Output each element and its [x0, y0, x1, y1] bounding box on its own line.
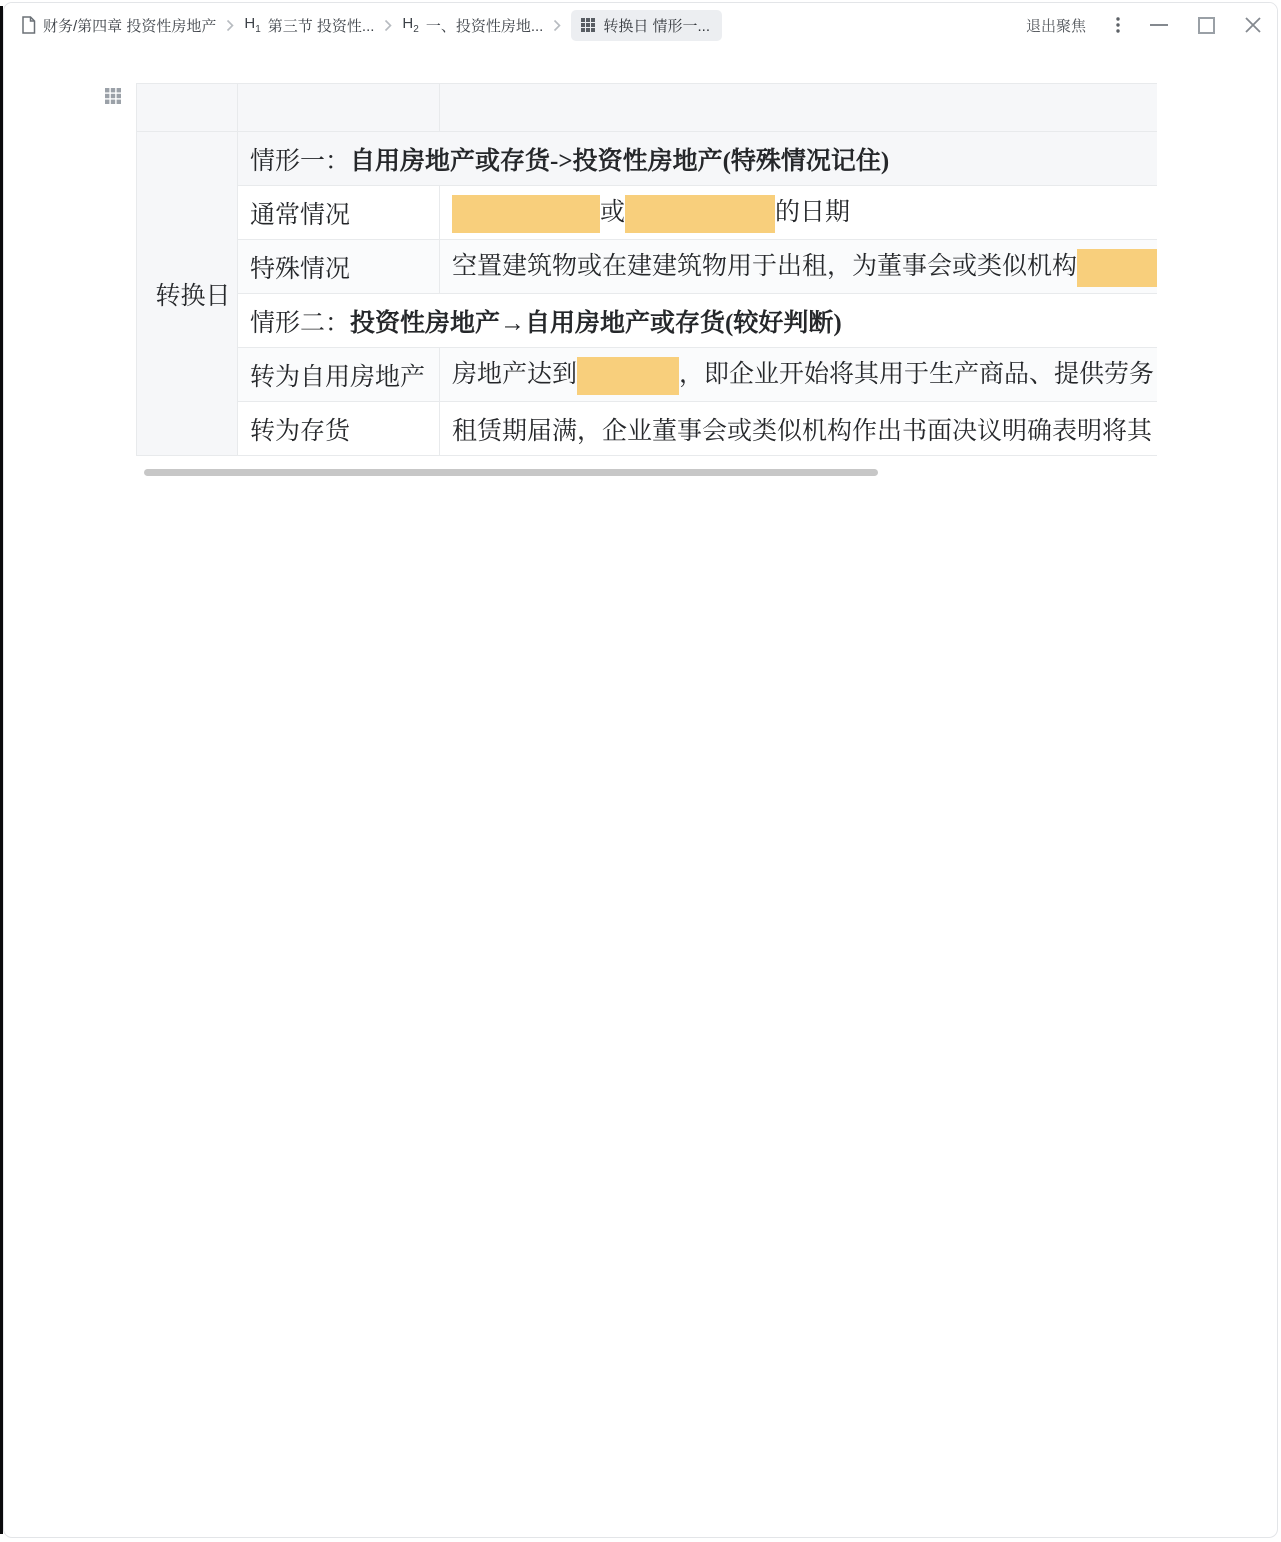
- table-viewport: 转换日 情形一：自用房地产或存货->投资性房地产(特殊情况记住) 通常情况 或的…: [136, 83, 1157, 457]
- value-cell[interactable]: 租赁期届满，企业董事会或类似机构作出书面决议明确表明将其: [440, 402, 1158, 456]
- table-grid-icon: [580, 17, 596, 33]
- row-header-cell[interactable]: 转换日: [137, 132, 238, 456]
- close-icon[interactable]: [1245, 17, 1261, 33]
- section-prefix: 情形一：: [250, 148, 350, 175]
- kebab-menu-icon[interactable]: [1116, 16, 1120, 34]
- text-segment: 的日期: [775, 199, 850, 226]
- label-cell[interactable]: 转为存货: [238, 402, 440, 456]
- value-cell[interactable]: 或的日期: [440, 186, 1158, 240]
- breadcrumb-item-h2[interactable]: H2 一、投资性房地...: [402, 15, 543, 36]
- section-title: 自用房地产或存货->投资性房地产(特殊情况记住): [350, 148, 889, 175]
- text-segment: 租赁期届满，企业董事会或类似机构作出书面决议明确表明将其: [452, 418, 1152, 445]
- header-cell[interactable]: [440, 84, 1158, 132]
- heading2-marker: H2: [402, 15, 418, 35]
- exit-focus-button[interactable]: 退出聚焦: [1026, 15, 1086, 36]
- section-cell[interactable]: 情形二：投资性房地产→自用房地产或存货(较好判断): [238, 294, 1158, 348]
- table-drag-handle-icon[interactable]: [104, 87, 122, 105]
- breadcrumb-label: 第三节 投资性...: [268, 15, 375, 36]
- breadcrumb-label: 一、投资性房地...: [426, 15, 544, 36]
- section-title: 投资性房地产→自用房地产或存货(较好判断): [350, 310, 842, 337]
- table-row-case2: 情形二：投资性房地产→自用房地产或存货(较好判断): [137, 294, 1158, 348]
- text-segment: 房地产达到: [452, 361, 577, 388]
- chevron-right-icon: [226, 19, 234, 32]
- table-row-special: 特殊情况 空置建筑物或在建建筑物用于出租，为董事会或类似机构: [137, 240, 1158, 294]
- app-page: 财务/第四章 投资性房地产 H1 第三节 投资性... H2 一、投资性房地..…: [0, 0, 1281, 1542]
- document-icon: [21, 16, 36, 34]
- breadcrumb-item-table-current[interactable]: 转换日 情形一...: [571, 10, 722, 41]
- window-controls: 退出聚焦: [1026, 15, 1261, 36]
- section-cell[interactable]: 情形一：自用房地产或存货->投资性房地产(特殊情况记住): [238, 132, 1158, 186]
- text-segment: ，即企业开始将其用于生产商品、提供劳务: [679, 361, 1154, 388]
- highlight-blank[interactable]: [625, 195, 775, 233]
- breadcrumb-item-h1[interactable]: H1 第三节 投资性...: [244, 15, 374, 36]
- header-cell[interactable]: [137, 84, 238, 132]
- breadcrumb-bar: 财务/第四章 投资性房地产 H1 第三节 投资性... H2 一、投资性房地..…: [4, 3, 1277, 47]
- text-segment: 或: [600, 199, 625, 226]
- section-prefix: 情形二：: [250, 310, 350, 337]
- table-row-usual: 通常情况 或的日期: [137, 186, 1158, 240]
- breadcrumb-label: 转换日 情形一...: [603, 15, 710, 36]
- chevron-right-icon: [384, 19, 392, 32]
- highlight-blank[interactable]: [1077, 249, 1157, 287]
- text-segment: 空置建筑物或在建建筑物用于出租，为董事会或类似机构: [452, 253, 1077, 280]
- table-header-row: [137, 84, 1158, 132]
- maximize-icon[interactable]: [1198, 17, 1215, 34]
- highlight-blank[interactable]: [577, 357, 679, 395]
- heading1-marker: H1: [244, 15, 260, 35]
- breadcrumb-label: 财务/第四章 投资性房地产: [43, 15, 216, 36]
- label-cell[interactable]: 特殊情况: [238, 240, 440, 294]
- table-row-to-inventory: 转为存货 租赁期届满，企业董事会或类似机构作出书面决议明确表明将其: [137, 402, 1158, 456]
- header-cell[interactable]: [238, 84, 440, 132]
- value-cell[interactable]: 房地产达到，即企业开始将其用于生产商品、提供劳务: [440, 348, 1158, 402]
- breadcrumb: 财务/第四章 投资性房地产 H1 第三节 投资性... H2 一、投资性房地..…: [21, 10, 722, 41]
- highlight-blank[interactable]: [452, 195, 600, 233]
- minimize-icon[interactable]: [1150, 23, 1168, 27]
- chevron-right-icon: [553, 19, 561, 32]
- label-cell[interactable]: 通常情况: [238, 186, 440, 240]
- table-row-case1: 转换日 情形一：自用房地产或存货->投资性房地产(特殊情况记住): [137, 132, 1158, 186]
- breadcrumb-item-document[interactable]: 财务/第四章 投资性房地产: [21, 15, 216, 36]
- conversion-date-table: 转换日 情形一：自用房地产或存货->投资性房地产(特殊情况记住) 通常情况 或的…: [136, 83, 1157, 456]
- horizontal-scrollbar-thumb[interactable]: [144, 469, 878, 476]
- label-cell[interactable]: 转为自用房地产: [238, 348, 440, 402]
- value-cell[interactable]: 空置建筑物或在建建筑物用于出租，为董事会或类似机构: [440, 240, 1158, 294]
- focus-mode-window: 财务/第四章 投资性房地产 H1 第三节 投资性... H2 一、投资性房地..…: [3, 2, 1278, 1538]
- table-row-to-owner-occupied: 转为自用房地产 房地产达到，即企业开始将其用于生产商品、提供劳务: [137, 348, 1158, 402]
